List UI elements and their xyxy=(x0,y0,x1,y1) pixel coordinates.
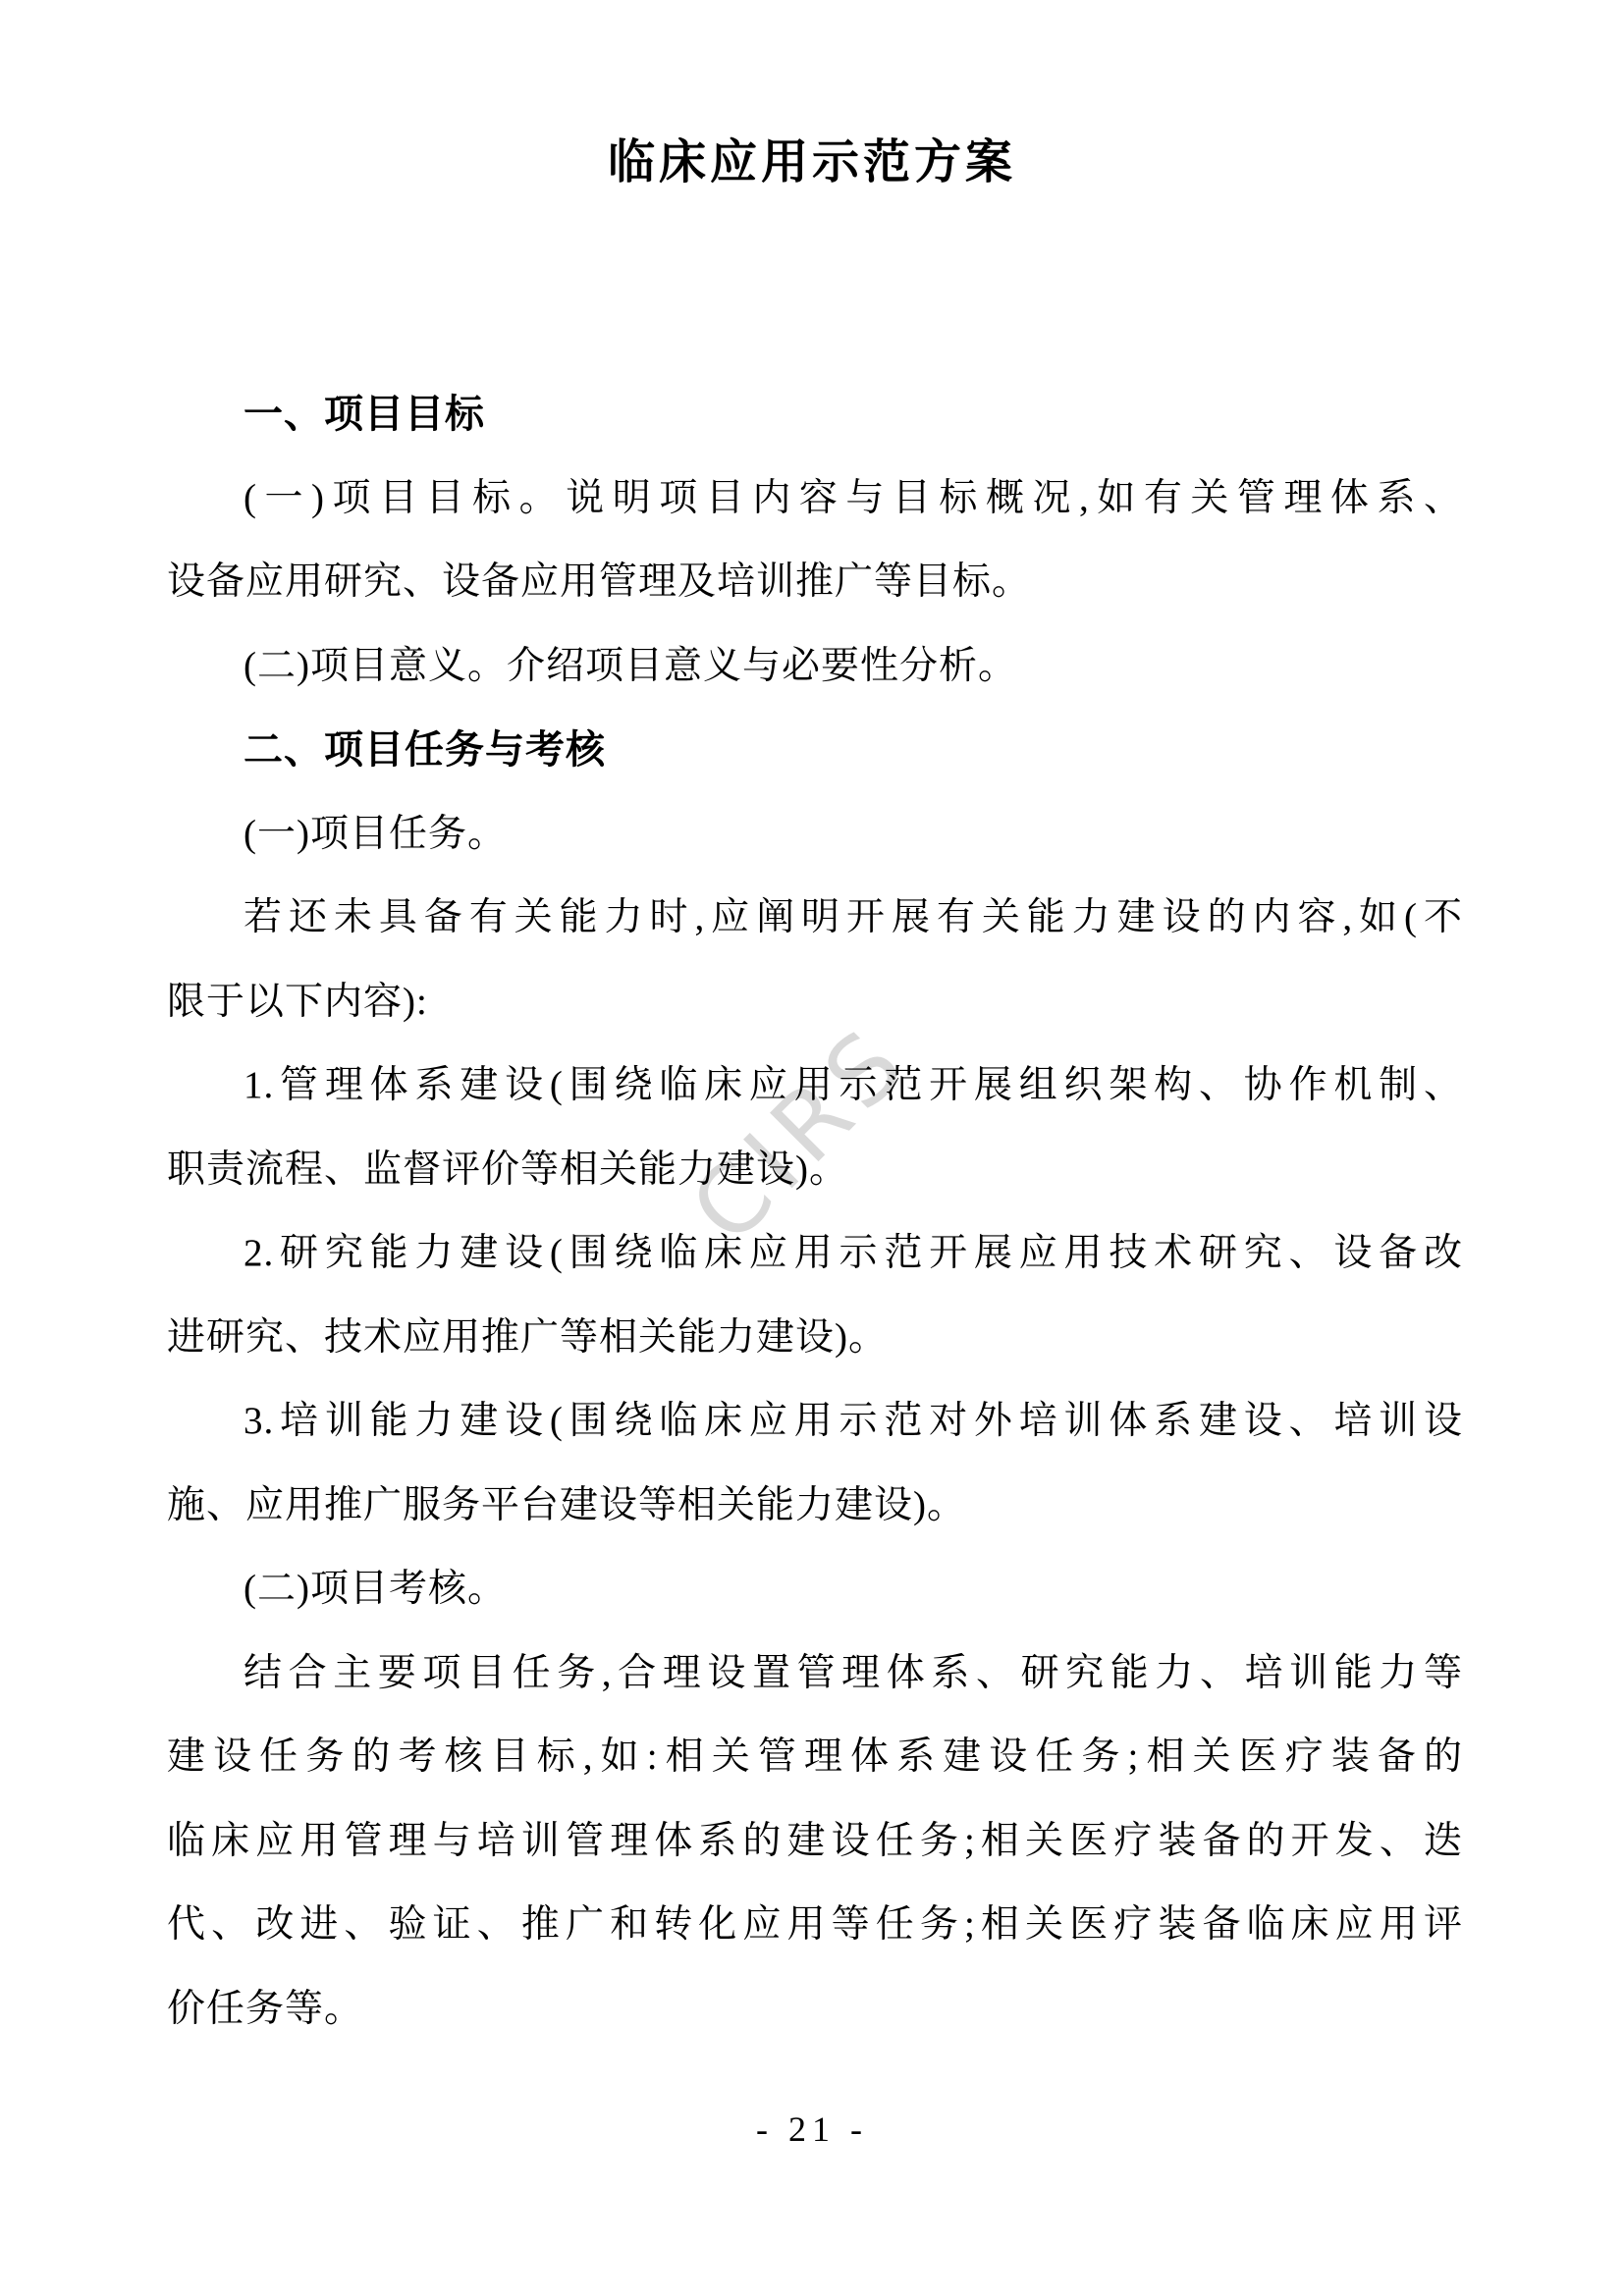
section-heading-1: 一、项目目标 xyxy=(167,391,1463,438)
body-line: 职责流程、监督评价等相关能力建设)。 xyxy=(167,1147,1463,1194)
document-page: CIRS 临床应用示范方案 一、项目目标 (一)项目目标。说明项目内容与目标概况… xyxy=(0,0,1624,2296)
body-line: (一)项目目标。说明项目内容与目标概况,如有关管理体系、 xyxy=(167,475,1463,522)
body-line: 结合主要项目任务,合理设置管理体系、研究能力、培训能力等 xyxy=(167,1650,1463,1697)
body-line: 设备应用研究、设备应用管理及培训推广等目标。 xyxy=(167,559,1463,606)
body-line: 代、改进、验证、推广和转化应用等任务;相关医疗装备临床应用评 xyxy=(167,1901,1463,1949)
document-body: 一、项目目标 (一)项目目标。说明项目内容与目标概况,如有关管理体系、 设备应用… xyxy=(167,0,1463,2296)
body-line: 2.研究能力建设(围绕临床应用示范开展应用技术研究、设备改 xyxy=(167,1230,1463,1277)
body-line: 限于以下内容): xyxy=(167,979,1463,1026)
body-line: (二)项目意义。介绍项目意义与必要性分析。 xyxy=(167,643,1463,690)
body-line: (二)项目考核。 xyxy=(167,1566,1463,1613)
body-line: 临床应用管理与培训管理体系的建设任务;相关医疗装备的开发、迭 xyxy=(167,1818,1463,1865)
body-line: 施、应用推广服务平台建设等相关能力建设)。 xyxy=(167,1482,1463,1529)
body-line: 进研究、技术应用推广等相关能力建设)。 xyxy=(167,1314,1463,1362)
body-line: 1.管理体系建设(围绕临床应用示范开展组织架构、协作机制、 xyxy=(167,1062,1463,1109)
page-number: - 21 - xyxy=(0,2109,1624,2150)
section-heading-2: 二、项目任务与考核 xyxy=(167,726,1463,774)
body-line: 建设任务的考核目标,如:相关管理体系建设任务;相关医疗装备的 xyxy=(167,1734,1463,1781)
body-line: 3.培训能力建设(围绕临床应用示范对外培训体系建设、培训设 xyxy=(167,1398,1463,1445)
body-line: (一)项目任务。 xyxy=(167,811,1463,858)
body-line: 价任务等。 xyxy=(167,1986,1463,2033)
body-line: 若还未具备有关能力时,应阐明开展有关能力建设的内容,如(不 xyxy=(167,894,1463,941)
